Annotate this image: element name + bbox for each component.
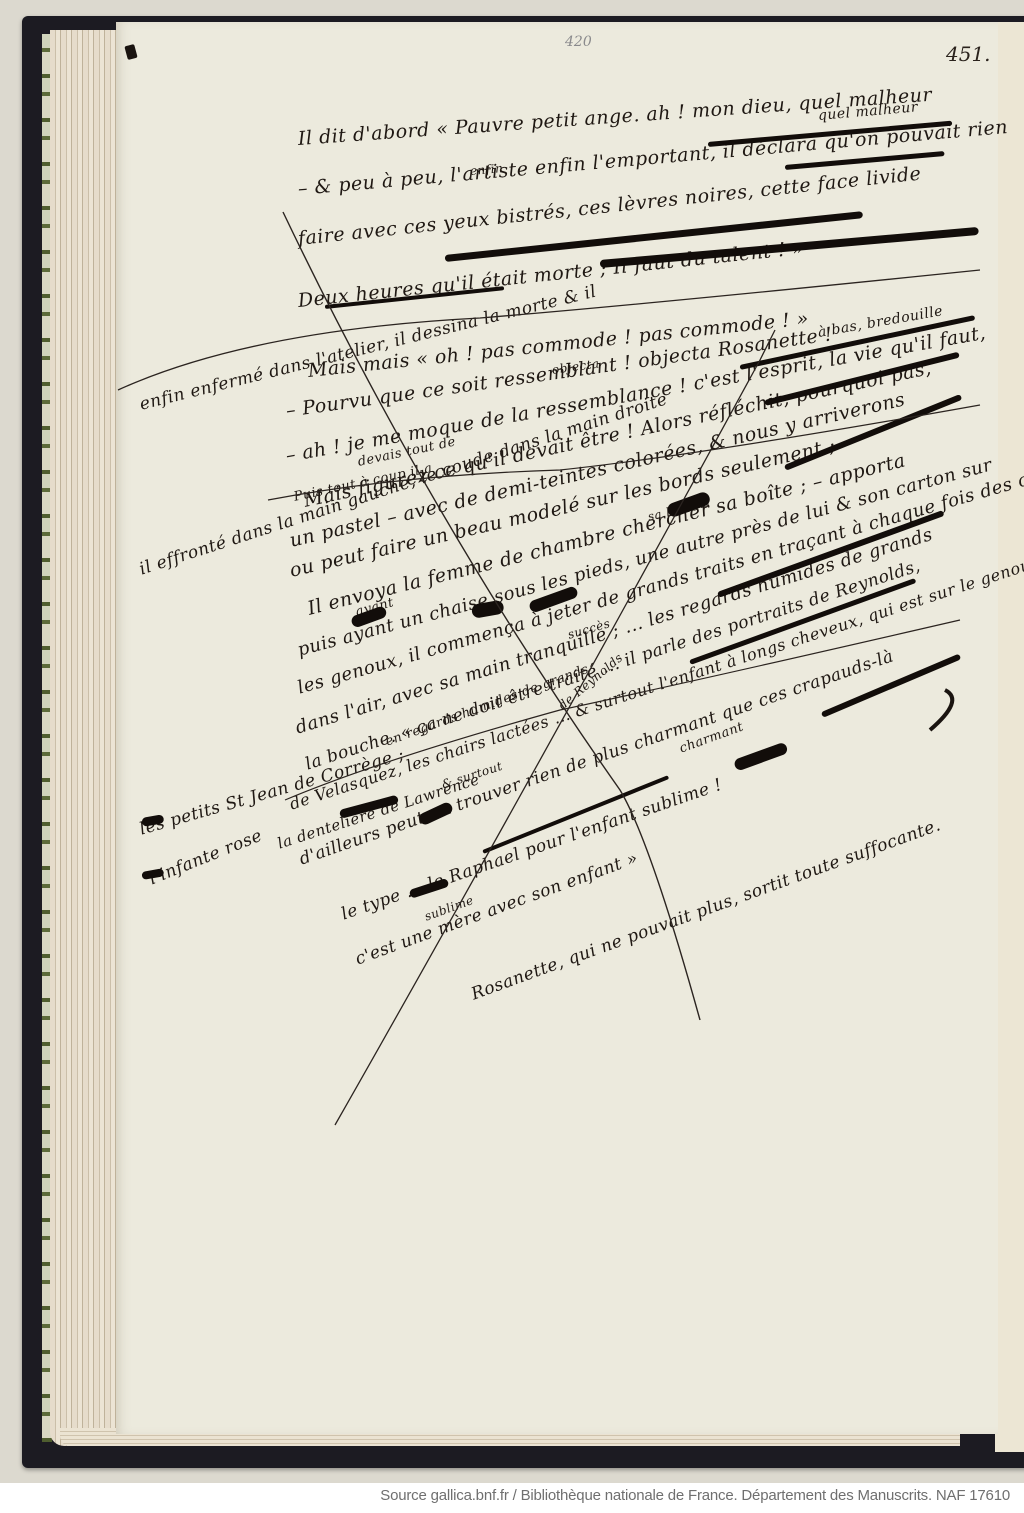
interlinear-note: enfin (469, 161, 503, 178)
folio-number-ink: 451. (946, 42, 991, 66)
folio-number-pencil: 420 (565, 34, 592, 50)
next-page-edge (995, 22, 1024, 1452)
source-footer: Source gallica.bnf.fr / Bibliothèque nat… (0, 1483, 1024, 1513)
source-attribution: Source gallica.bnf.fr / Bibliothèque nat… (380, 1487, 1010, 1504)
page-edges-left (50, 30, 120, 1446)
manuscript-leaf (116, 22, 998, 1434)
